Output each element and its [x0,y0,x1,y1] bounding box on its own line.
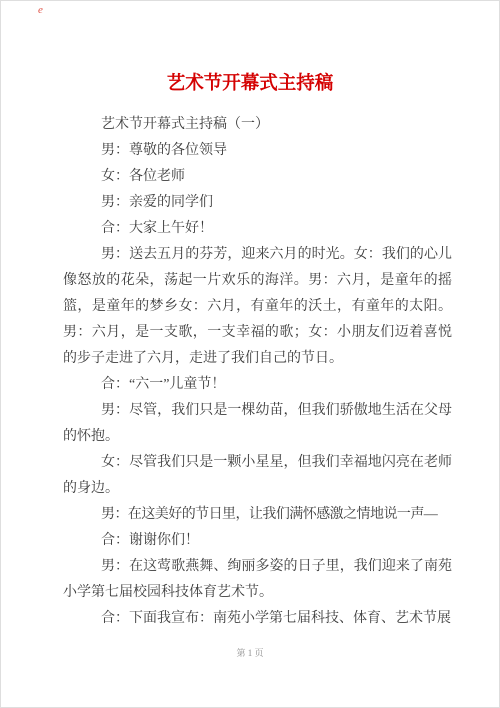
document-title: 艺术节开幕式主持稿 [1,73,499,95]
paragraph: 艺术节开幕式主持稿（一） [63,112,452,138]
paragraph: 男：在这美好的节日里，让我们满怀感激之情地说一声— [63,502,452,528]
paragraph: 女：尽管我们只是一颗小星星，但我们幸福地闪亮在老师的身边。 [63,450,452,502]
paragraph: 合：大家上午好！ [63,216,452,242]
corner-watermark-mark: e [38,4,43,16]
paragraph: 男：亲爱的同学们 [63,190,452,216]
page-number: 第 1 页 [1,647,499,659]
paragraph: 合：“六一”儿童节！ [63,372,452,398]
paragraph: 男：在这莺歌燕舞、绚丽多姿的日子里，我们迎来了南苑小学第七届校园科技体育艺术节。 [63,554,452,606]
document-body: 艺术节开幕式主持稿（一）男：尊敬的各位领导女：各位老师男：亲爱的同学们合：大家上… [63,112,452,632]
document-page: e 艺术节开幕式主持稿 艺术节开幕式主持稿（一）男：尊敬的各位领导女：各位老师男… [0,0,500,708]
paragraph: 男：送去五月的芬芳，迎来六月的时光。女：我们的心儿像怒放的花朵，荡起一片欢乐的海… [63,242,452,372]
paragraph: 合：谢谢你们！ [63,528,452,554]
paragraph: 男：尊敬的各位领导 [63,138,452,164]
paragraph: 男：尽管，我们只是一棵幼苗，但我们骄傲地生活在父母的怀抱。 [63,398,452,450]
paragraph: 合：下面我宣布：南苑小学第七届科技、体育、艺术节展 [63,606,452,632]
paragraph: 女：各位老师 [63,164,452,190]
